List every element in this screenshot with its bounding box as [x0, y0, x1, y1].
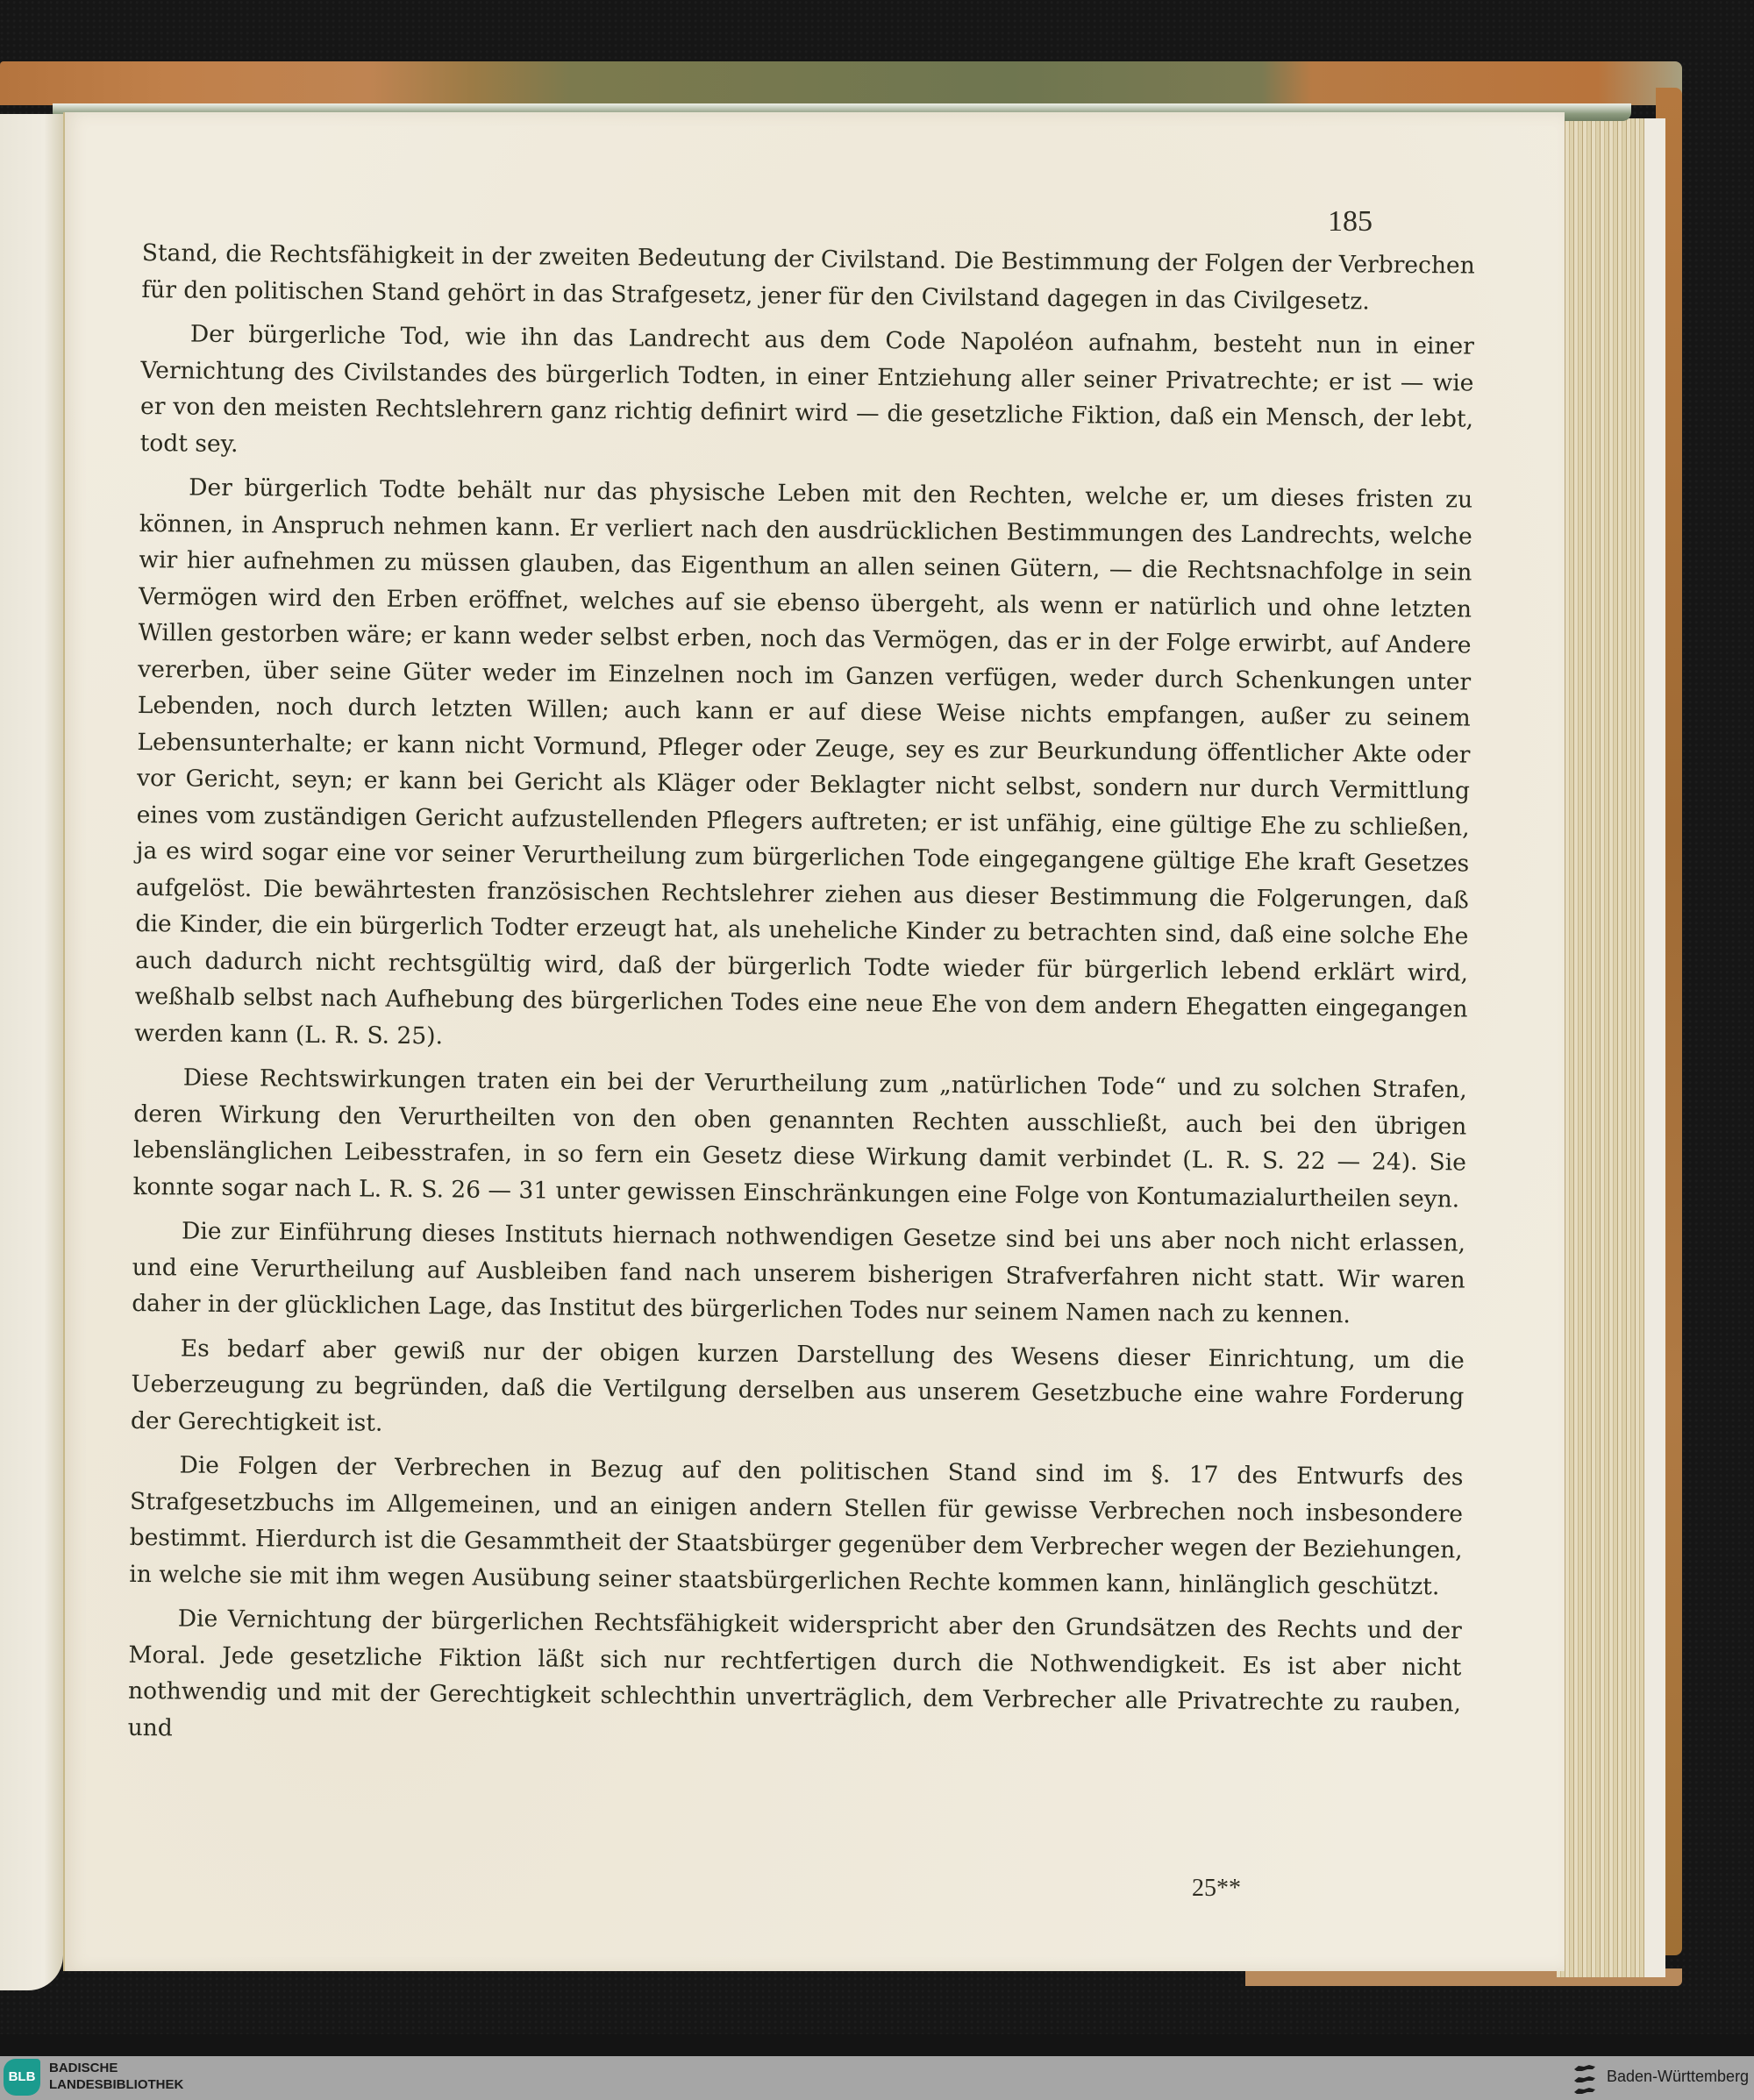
blb-logo-icon[interactable]: BLB [4, 2059, 40, 2096]
state-name[interactable]: Baden-Württemberg [1607, 2068, 1749, 2086]
page-number: 185 [1328, 205, 1373, 238]
paragraph: Der bürgerliche Tod, wie ihn das Landrec… [140, 316, 1475, 474]
three-lions-coat-of-arms-icon [1572, 2061, 1598, 2096]
library-name[interactable]: BADISCHE LANDESBIBLIOTHEK [49, 2060, 183, 2093]
book-cover-top-edge [0, 61, 1682, 105]
footer-bar: BLB BADISCHE LANDESBIBLIOTHEK Baden-Würt… [0, 2056, 1754, 2100]
paragraph: Es bedarf aber gewiß nur der obigen kurz… [131, 1329, 1465, 1451]
paragraph: Stand, die Rechtsfähigkeit in der zweite… [141, 235, 1475, 321]
library-name-line2: LANDESBIBLIOTHEK [49, 2076, 183, 2093]
paragraph: Die zur Einführung dieses Instituts hier… [132, 1213, 1465, 1335]
paragraph: Die Folgen der Verbrechen in Bezug auf d… [129, 1447, 1464, 1605]
page-fore-edge-stack [1557, 118, 1665, 1977]
signature-mark: 25** [1192, 1875, 1241, 1903]
paragraph: Der bürgerlich Todte behält nur das phys… [134, 469, 1472, 1064]
library-name-line1: BADISCHE [49, 2060, 183, 2076]
body-text: Stand, die Rechtsfähigkeit in der zweite… [127, 235, 1475, 1767]
paragraph: Die Vernichtung der bürgerlichen Rechtsf… [127, 1600, 1462, 1759]
paragraph: Diese Rechtswirkungen traten ein bei der… [132, 1059, 1467, 1218]
book-page: 185 Stand, die Rechtsfähigkeit in der zw… [63, 112, 1565, 1971]
left-facing-page [0, 114, 63, 1990]
